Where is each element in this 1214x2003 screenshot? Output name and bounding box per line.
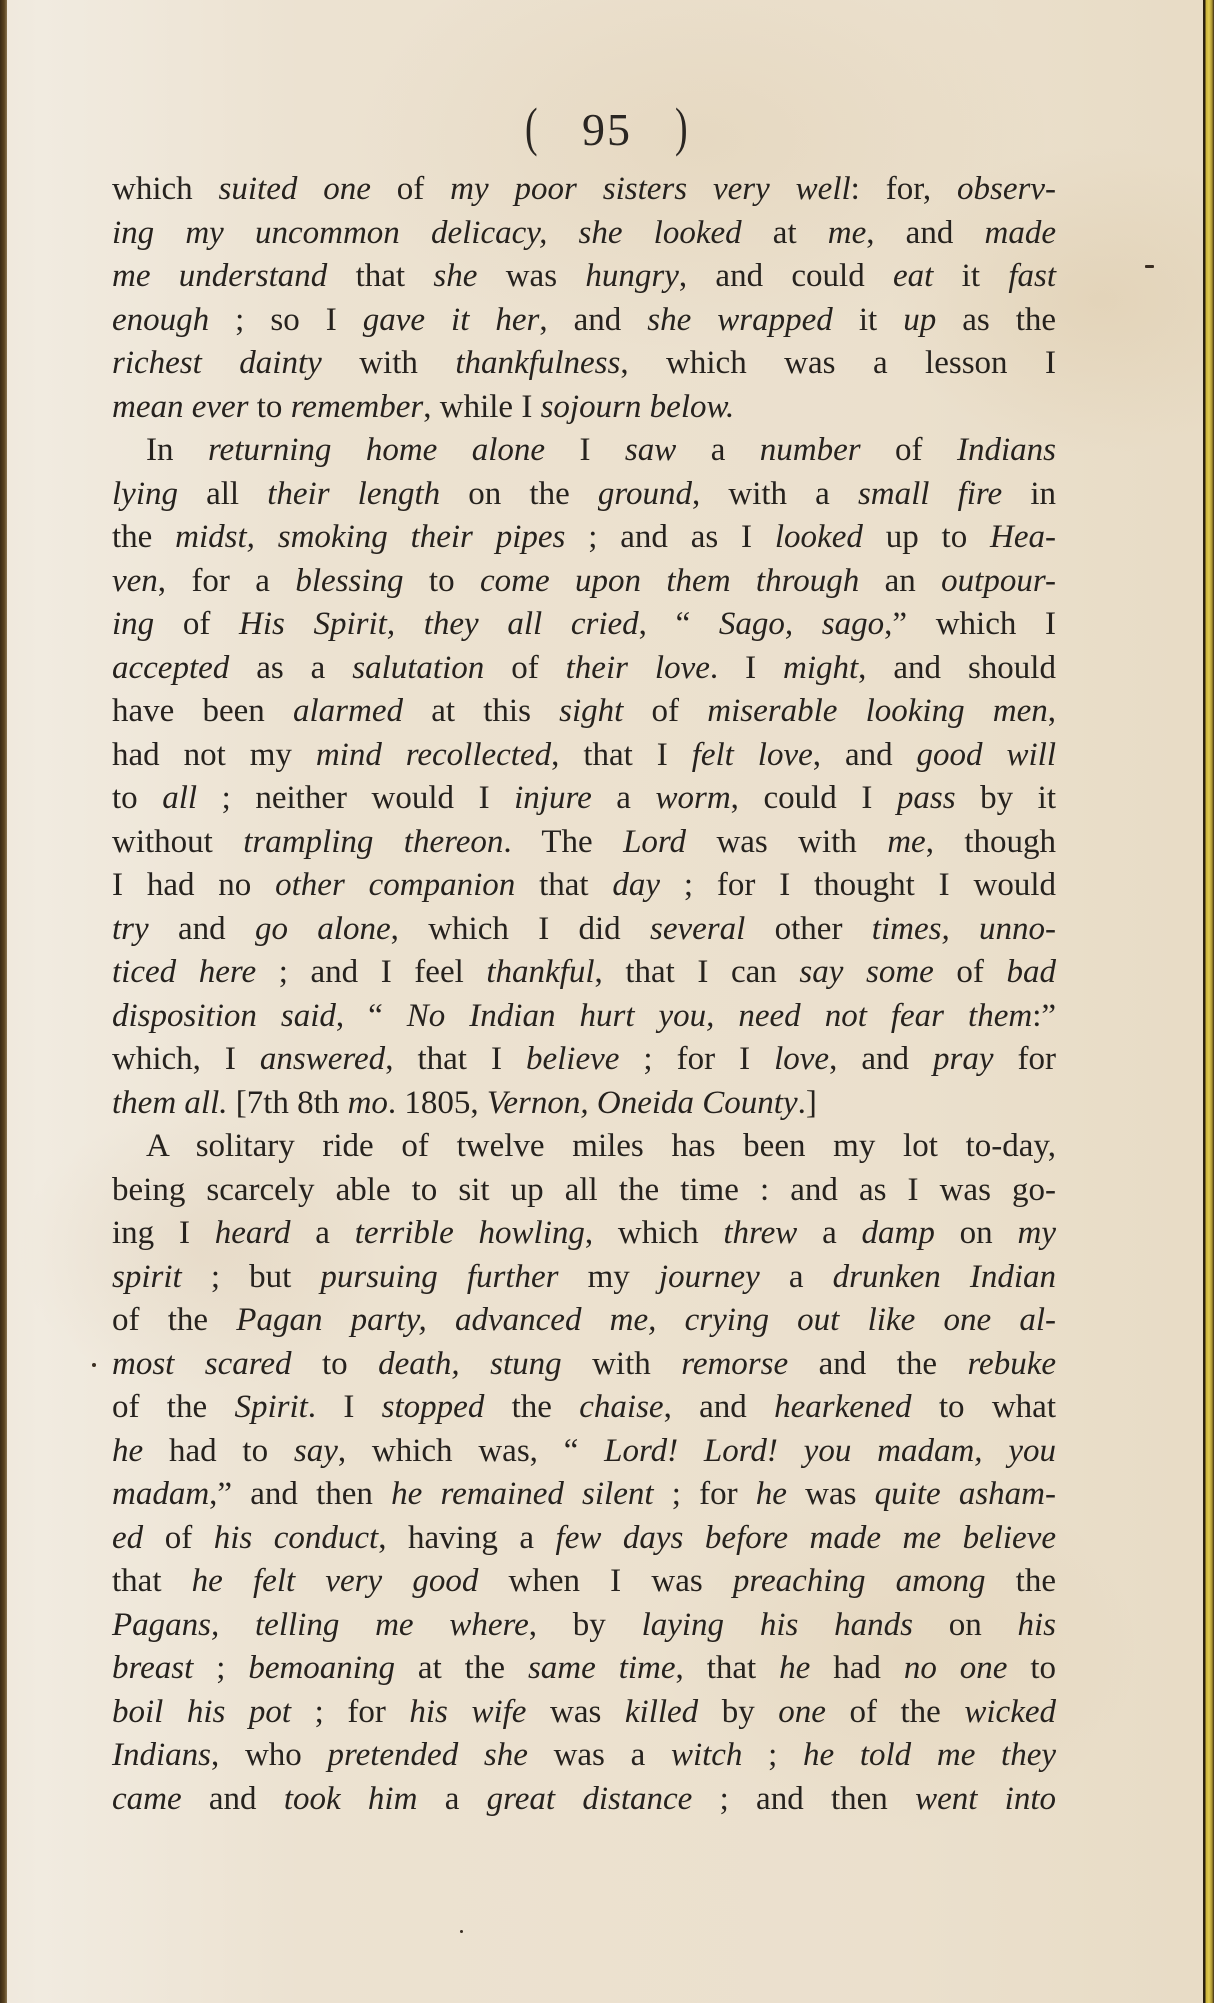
italic-text: lying [112, 476, 178, 512]
roman-text: , “ [336, 998, 407, 1034]
roman-text: of the [112, 1302, 236, 1338]
roman-text: , which was a lesson I [620, 345, 1056, 381]
roman-text: a [797, 1215, 861, 1251]
italic-text: love [774, 1041, 829, 1077]
italic-text: remember [291, 389, 424, 425]
italic-text: returning home alone [208, 432, 545, 468]
roman-text: as the [936, 302, 1056, 338]
italic-text: remorse [681, 1346, 788, 1382]
roman-text: of [623, 693, 707, 729]
italic-text: all [162, 780, 197, 816]
text-line: ing of His Spirit, they all cried, “ Sag… [112, 603, 1056, 647]
roman-text: which [112, 171, 219, 207]
italic-text: heard [215, 1215, 291, 1251]
italic-text: Pagan party, advanced me, crying out lik… [236, 1302, 1056, 1338]
italic-text: his wife [409, 1694, 526, 1730]
italic-text: Hea- [990, 519, 1056, 555]
roman-text: ; for I [619, 1041, 774, 1077]
italic-text: she [433, 258, 477, 294]
roman-text: , [1048, 693, 1056, 729]
italic-text: me [887, 824, 925, 860]
book-page: (95) which suited one of my poor sisters… [0, 0, 1214, 2003]
roman-text: being scarcely able to sit up all the ti… [112, 1172, 1056, 1208]
text-line: accepted as a salutation of their love. … [112, 647, 1056, 691]
italic-text: boil his pot [112, 1694, 291, 1730]
roman-text: I had no [112, 867, 275, 903]
italic-text: Indians [957, 432, 1056, 468]
roman-text: , which was, “ [338, 1433, 604, 1469]
roman-text: had [810, 1650, 904, 1686]
text-line: have been alarmed at this sight of miser… [112, 690, 1056, 734]
italic-text: hungry [585, 258, 679, 294]
italic-text: their love [566, 650, 710, 686]
italic-text: bad [1007, 954, 1057, 990]
roman-text: . I [710, 650, 783, 686]
roman-text: had not my [112, 737, 316, 773]
roman-text: , and could [679, 258, 893, 294]
roman-text: a [417, 1781, 486, 1817]
italic-text: felt love [692, 737, 813, 773]
italic-text: trampling thereon [243, 824, 503, 860]
italic-text: he [779, 1650, 810, 1686]
italic-text: my [1017, 1215, 1055, 1251]
roman-text: , that I [385, 1041, 526, 1077]
italic-text: she wrapped [647, 302, 833, 338]
roman-text: , and [664, 1389, 775, 1425]
italic-text: one [778, 1694, 826, 1730]
italic-text: my poor sisters very well [450, 171, 851, 207]
roman-text: my [559, 1259, 659, 1295]
text-line: ven, for a blessing to come upon them th… [112, 560, 1056, 604]
italic-text: small fire [858, 476, 1002, 512]
roman-text: ,” which I [884, 606, 1056, 642]
roman-text: was [526, 1694, 624, 1730]
italic-text: Indians [112, 1737, 211, 1773]
roman-text: at the [395, 1650, 528, 1686]
roman-text: . The [503, 824, 623, 860]
italic-text: chaise [579, 1389, 663, 1425]
italic-text: pretended she [327, 1737, 527, 1773]
italic-text: salutation [352, 650, 484, 686]
roman-text: , though [926, 824, 1056, 860]
roman-text: ; but [182, 1259, 321, 1295]
italic-text: thankful [486, 954, 594, 990]
italic-text: terrible howling [355, 1215, 585, 1251]
italic-text: he felt very good [192, 1563, 479, 1599]
roman-text: and [149, 911, 255, 947]
text-line: Pagans, telling me where, by laying his … [112, 1604, 1056, 1648]
italic-text: outpour- [941, 563, 1056, 599]
roman-text: , that I can [595, 954, 800, 990]
text-line: he had to say, which was, “ Lord! Lord! … [112, 1430, 1056, 1474]
italic-text: death, stung [378, 1346, 562, 1382]
italic-text: journey [659, 1259, 760, 1295]
italic-text: midst, smoking their pipes [175, 519, 565, 555]
italic-text: No Indian hurt you, need not fear them [407, 998, 1032, 1034]
text-line: A solitary ride of twelve miles has been… [112, 1125, 1056, 1169]
roman-text: other [745, 911, 871, 947]
italic-text: eat [893, 258, 933, 294]
italic-text: up [903, 302, 936, 338]
roman-text: up to [863, 519, 990, 555]
roman-text: which, I [112, 1041, 260, 1077]
italic-text: sojourn below. [541, 389, 735, 425]
roman-text: : for, [851, 171, 957, 207]
roman-text: of [371, 171, 450, 207]
italic-text: damp [862, 1215, 935, 1251]
roman-text: , and should [858, 650, 1056, 686]
text-line: spirit ; but pursuing further my journey… [112, 1256, 1056, 1300]
roman-text: to [404, 563, 480, 599]
italic-text: made [985, 215, 1056, 251]
italic-text: enough [112, 302, 209, 338]
roman-text: ; for [291, 1694, 409, 1730]
roman-text: to [249, 389, 291, 425]
roman-text: of the [826, 1694, 964, 1730]
roman-text: ; [742, 1737, 803, 1773]
italic-text: several [650, 911, 745, 947]
page-number-paren-close: ) [675, 96, 689, 158]
italic-text: suited one [219, 171, 371, 207]
text-line: try and go alone, which I did several ot… [112, 908, 1056, 952]
roman-text: the [112, 519, 175, 555]
italic-text: say [294, 1433, 338, 1469]
roman-text: it [833, 302, 903, 338]
roman-text: ; for I thought I would [660, 867, 1056, 903]
italic-text: threw [723, 1215, 797, 1251]
italic-text: madam [112, 1476, 209, 1512]
roman-text: , and [866, 215, 984, 251]
roman-text: , with a [692, 476, 858, 512]
roman-text: of the [112, 1389, 234, 1425]
roman-text: . I [308, 1389, 382, 1425]
roman-text: on [935, 1215, 1018, 1251]
roman-text: a [760, 1259, 833, 1295]
roman-text: ; [193, 1650, 248, 1686]
italic-text: ed [112, 1520, 143, 1556]
italic-text: injure [514, 780, 592, 816]
italic-text: me [828, 215, 866, 251]
italic-text: his [1018, 1607, 1057, 1643]
italic-text: drunken Indian [833, 1259, 1056, 1295]
roman-text: , that I [551, 737, 692, 773]
italic-text: great distance [487, 1781, 693, 1817]
text-line: I had no other companion that day ; for … [112, 864, 1056, 908]
text-line: to all ; neither would I injure a worm, … [112, 777, 1056, 821]
text-line: ticed here ; and I feel thankful, that I… [112, 951, 1056, 995]
italic-text: preaching among [733, 1563, 986, 1599]
text-line: being scarcely able to sit up all the ti… [112, 1169, 1056, 1213]
text-line: most scared to death, stung with remorse… [112, 1343, 1056, 1387]
italic-text: laying his hands [642, 1607, 913, 1643]
italic-text: believe [526, 1041, 619, 1077]
roman-text: have been [112, 693, 293, 729]
italic-text: hearkened [774, 1389, 911, 1425]
roman-text: [7th 8th [227, 1085, 347, 1121]
text-line: ed of his conduct, having a few days bef… [112, 1517, 1056, 1561]
italic-text: mind recollected [316, 737, 551, 773]
roman-text: , and [829, 1041, 933, 1077]
italic-text: say some [799, 954, 933, 990]
roman-text: the [484, 1389, 579, 1425]
roman-text: that [515, 867, 612, 903]
roman-text: when I was [478, 1563, 733, 1599]
italic-text: spirit [112, 1259, 182, 1295]
roman-text: In [146, 432, 208, 468]
roman-text: a [291, 1215, 355, 1251]
page-number-paren-open: ( [525, 96, 539, 158]
text-line: lying all their length on the ground, wi… [112, 473, 1056, 517]
italic-text: he remained silent [391, 1476, 653, 1512]
text-line: them all. [7th 8th mo. 1805, Vernon, One… [112, 1082, 1056, 1126]
roman-text: with [322, 345, 456, 381]
text-line: richest dainty with thankfulness, which … [112, 342, 1056, 386]
text-line: came and took him a great distance ; and… [112, 1778, 1056, 1822]
roman-text: , which [585, 1215, 723, 1251]
roman-text: , that [676, 1650, 780, 1686]
italic-text: his conduct [214, 1520, 379, 1556]
italic-text: gave it her [363, 302, 540, 338]
roman-text: of [934, 954, 1007, 990]
italic-text: His Spirit, they all cried [239, 606, 639, 642]
roman-text: that [112, 1563, 192, 1599]
italic-text: Lord [623, 824, 686, 860]
italic-text: worm [655, 780, 730, 816]
roman-text: on the [440, 476, 598, 512]
roman-text: of [861, 432, 957, 468]
italic-text: answered [260, 1041, 385, 1077]
italic-text: breast [112, 1650, 193, 1686]
book-binding-edge [0, 0, 7, 2003]
roman-text: , having a [378, 1520, 555, 1556]
italic-text: richest dainty [112, 345, 322, 381]
roman-text: , by [529, 1607, 642, 1643]
roman-text: , while I [423, 389, 540, 425]
italic-text: ground [598, 476, 692, 512]
italic-text: same time [528, 1650, 676, 1686]
italic-text: came [112, 1781, 182, 1817]
roman-text: by [698, 1694, 778, 1730]
italic-text: took him [284, 1781, 418, 1817]
roman-text: ; for [654, 1476, 756, 1512]
italic-text: blessing [295, 563, 403, 599]
roman-text: to [1007, 1650, 1056, 1686]
text-line: mean ever to remember, while I sojourn b… [112, 386, 1056, 430]
roman-text: of [484, 650, 565, 686]
italic-text: accepted [112, 650, 229, 686]
italic-text: sight [559, 693, 623, 729]
italic-text: other companion [275, 867, 515, 903]
italic-text: went into [915, 1781, 1056, 1817]
italic-text: pray [933, 1041, 994, 1077]
italic-text: their length [267, 476, 440, 512]
text-line: the midst, smoking their pipes ; and as … [112, 516, 1056, 560]
roman-text: ; and then [692, 1781, 915, 1817]
roman-text: ; so I [209, 302, 363, 338]
italic-text: Spirit [234, 1389, 307, 1425]
italic-text: killed [625, 1694, 698, 1730]
italic-text: them all. [112, 1085, 227, 1121]
roman-text: .] [798, 1085, 817, 1121]
italic-text: pursuing further [320, 1259, 558, 1295]
roman-text: was a [528, 1737, 671, 1773]
italic-text: miserable looking men [707, 693, 1048, 729]
roman-text: was with [686, 824, 887, 860]
roman-text: to [292, 1346, 379, 1382]
italic-text: he told me they [803, 1737, 1056, 1773]
text-line: ing I heard a terrible howling, which th… [112, 1212, 1056, 1256]
text-line: Indians, who pretended she was a witch ;… [112, 1734, 1056, 1778]
italic-text: quite asham- [875, 1476, 1056, 1512]
roman-text: , and [539, 302, 647, 338]
roman-text: to [112, 780, 162, 816]
roman-text: , could I [731, 780, 897, 816]
text-line: disposition said, “ No Indian hurt you, … [112, 995, 1056, 1039]
text-line: which suited one of my poor sisters very… [112, 168, 1056, 212]
page-number: (95) [0, 96, 1214, 158]
italic-text: Lord! Lord! you madam, you [604, 1433, 1056, 1469]
italic-text: day [612, 867, 660, 903]
italic-text: ing my uncommon delicacy, she looked [112, 215, 742, 251]
italic-text: Vernon, Oneida County [487, 1085, 798, 1121]
italic-text: try [112, 911, 149, 947]
italic-text: he [112, 1433, 143, 1469]
italic-text: mean ever [112, 389, 249, 425]
italic-text: times, unno- [872, 911, 1056, 947]
roman-text: ing I [112, 1215, 215, 1251]
italic-text: number [760, 432, 861, 468]
text-line: of the Pagan party, advanced me, crying … [112, 1299, 1056, 1343]
italic-text: stopped [382, 1389, 485, 1425]
roman-text: , and [813, 737, 917, 773]
italic-text: go alone [255, 911, 391, 947]
roman-text: by it [956, 780, 1056, 816]
italic-text: ing [112, 606, 154, 642]
text-line: that he felt very good when I was preach… [112, 1560, 1056, 1604]
roman-text: it [933, 258, 1008, 294]
roman-text: was [477, 258, 585, 294]
italic-text: bemoaning [248, 1650, 395, 1686]
italic-text: good will [917, 737, 1056, 773]
roman-text: I [545, 432, 625, 468]
roman-text: , who [211, 1737, 327, 1773]
roman-text: ; and as I [565, 519, 774, 555]
roman-text: of [154, 606, 239, 642]
roman-text: ,” and then [209, 1476, 391, 1512]
italic-text: thankfulness [455, 345, 620, 381]
text-line: boil his pot ; for his wife was killed b… [112, 1691, 1056, 1735]
italic-text: ven [112, 563, 158, 599]
text-line: ing my uncommon delicacy, she looked at … [112, 212, 1056, 256]
roman-text: of [143, 1520, 214, 1556]
roman-text: without [112, 824, 243, 860]
italic-text: pass [897, 780, 956, 816]
text-line: which, I answered, that I believe ; for … [112, 1038, 1056, 1082]
roman-text: and the [788, 1346, 967, 1382]
italic-text: mo [348, 1085, 388, 1121]
roman-text: a [592, 780, 656, 816]
roman-text: in [1002, 476, 1056, 512]
roman-text: ; and I feel [256, 954, 486, 990]
italic-text: me understand [112, 258, 327, 294]
roman-text: as a [229, 650, 352, 686]
italic-text: disposition said [112, 998, 336, 1034]
roman-text: a [676, 432, 760, 468]
roman-text: for [994, 1041, 1057, 1077]
roman-text: had to [143, 1433, 294, 1469]
roman-text: with [562, 1346, 682, 1382]
text-line: me understand that she was hungry, and c… [112, 255, 1056, 299]
text-line: had not my mind recollected, that I felt… [112, 734, 1056, 778]
body-text: which suited one of my poor sisters very… [112, 168, 1056, 1821]
roman-text: . 1805, [388, 1085, 487, 1121]
text-line: madam,” and then he remained silent ; fo… [112, 1473, 1056, 1517]
italic-text: Pagans, telling me where [112, 1607, 529, 1643]
italic-text: come upon them through [480, 563, 859, 599]
roman-text: , which I did [391, 911, 650, 947]
roman-text: :” [1032, 998, 1056, 1034]
roman-text: that [327, 258, 433, 294]
roman-text: and [182, 1781, 284, 1817]
italic-text: few days before made me believe [556, 1520, 1056, 1556]
italic-text: might [783, 650, 858, 686]
roman-text: the [985, 1563, 1056, 1599]
italic-text: looked [775, 519, 863, 555]
italic-text: witch [671, 1737, 743, 1773]
roman-text: on [913, 1607, 1018, 1643]
roman-text: at this [403, 693, 559, 729]
roman-text: ; neither would I [197, 780, 514, 816]
text-line: In returning home alone I saw a number o… [112, 429, 1056, 473]
italic-text: alarmed [293, 693, 403, 729]
roman-text: all [178, 476, 267, 512]
roman-text: an [859, 563, 941, 599]
italic-text: he [756, 1476, 787, 1512]
italic-text: ticed here [112, 954, 256, 990]
italic-text: most scared [112, 1346, 292, 1382]
italic-text: Sago, sago [719, 606, 884, 642]
italic-text: rebuke [967, 1346, 1056, 1382]
roman-text: to what [912, 1389, 1056, 1425]
text-line: enough ; so I gave it her, and she wrapp… [112, 299, 1056, 343]
roman-text: , “ [639, 606, 719, 642]
page-number-value: 95 [582, 104, 632, 155]
text-line: of the Spirit. I stopped the chaise, and… [112, 1386, 1056, 1430]
italic-text: observ- [957, 171, 1056, 207]
italic-text: no one [904, 1650, 1008, 1686]
roman-text: A solitary ride of twelve miles has been… [146, 1128, 1056, 1164]
text-line: breast ; bemoaning at the same time, tha… [112, 1647, 1056, 1691]
italic-text: fast [1008, 258, 1056, 294]
roman-text: at [742, 215, 828, 251]
roman-text: was [787, 1476, 875, 1512]
text-line: without trampling thereon. The Lord was … [112, 821, 1056, 865]
italic-text: saw [625, 432, 676, 468]
page-edge-right [1203, 0, 1214, 2003]
roman-text: , for a [158, 563, 296, 599]
italic-text: wicked [964, 1694, 1056, 1730]
